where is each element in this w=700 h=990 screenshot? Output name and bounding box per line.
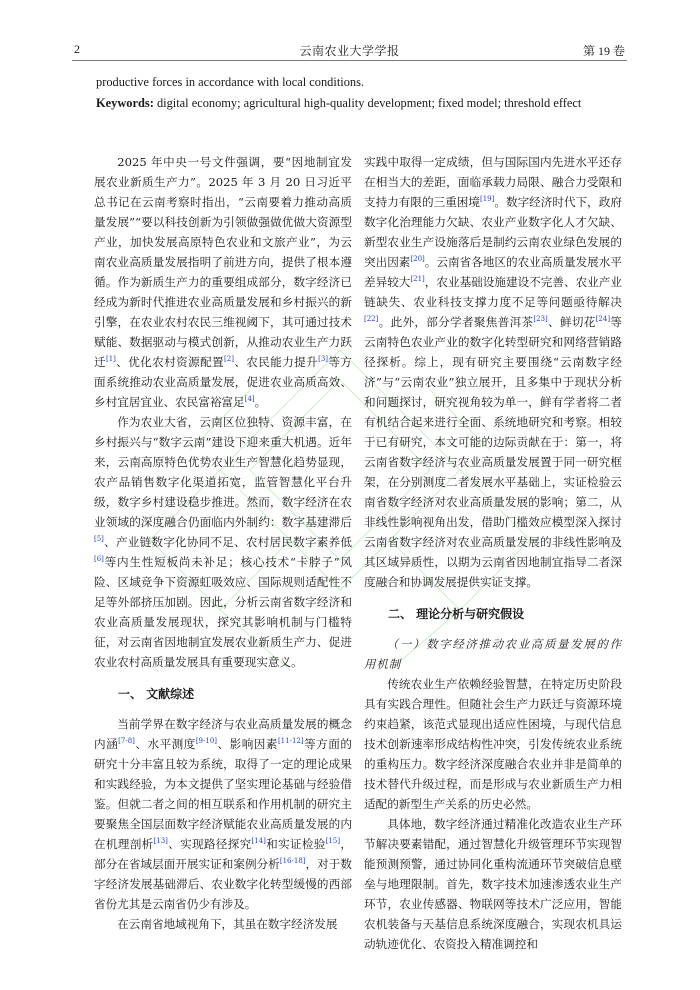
body-text: 和实证检验 <box>266 837 326 851</box>
citation-link[interactable]: [5] <box>94 535 104 543</box>
citation-link[interactable]: [3] <box>318 355 328 363</box>
body-text: 、产业链数字化协同不足、农村居民数字素养低 <box>104 535 352 549</box>
citation-link[interactable]: [7-8] <box>118 737 135 745</box>
citation-link[interactable]: [23] <box>533 315 547 323</box>
citation-link[interactable]: [14] <box>252 837 266 845</box>
citation-link[interactable]: [2] <box>224 355 234 363</box>
body-text: 、影响因素 <box>217 737 278 751</box>
body-text: 、农民能力提升 <box>234 355 318 369</box>
body-text: 等云南特色农业产业的数字化转型研究和网络营销路径探析。综上，现有研究主要围绕“云… <box>364 315 622 589</box>
body-text: 等内生性短板尚未补足；核心技术“卡脖子”风险、区域竞争下资源虹吸效应、国际规则适… <box>94 555 352 669</box>
section-heading-literature-review: 一、 文献综述 <box>94 684 352 704</box>
theory-paragraph-1: 传统农业生产依赖经验智慧，在特定历史阶段具有实践合理性。但随社会生产力跃迁与资源… <box>364 674 622 814</box>
citation-link[interactable]: [22] <box>364 315 378 323</box>
body-text: 、水平测度 <box>135 737 196 751</box>
body-text: 。此外，部分学者聚焦普洱茶 <box>378 315 533 329</box>
citation-link[interactable]: [19] <box>480 195 494 203</box>
literature-paragraph-2-start: 在云南省地域视角下，其虽在数字经济发展 <box>94 914 352 934</box>
citation-link[interactable]: [15] <box>326 837 340 845</box>
section-heading-theory: 二、 理论分析与研究假设 <box>364 604 622 624</box>
intro-paragraph-2: 作为农业大省，云南区位独特、资源丰富，在乡村振兴与“数字云南”建设下迎来重大机遇… <box>94 412 352 672</box>
body-text: 、优化农村资源配置 <box>116 355 224 369</box>
citation-link[interactable]: [1] <box>106 355 116 363</box>
body-text: 、鲜切花 <box>548 315 596 329</box>
citation-link[interactable]: [9-10] <box>196 737 217 745</box>
body-text: 作为农业大省，云南区位独特、资源丰富，在乡村振兴与“数字云南”建设下迎来重大机遇… <box>94 415 352 529</box>
header-rule <box>72 60 627 61</box>
citation-link[interactable]: [16-18] <box>280 857 306 865</box>
left-column: 2025 年中央一号文件强调，要“因地制宜发展农业新质生产力”。2025 年 3… <box>94 152 352 934</box>
right-column: 实践中取得一定成绩，但与国际国内先进水平还存在相当大的差距，面临承载力局限、融合… <box>364 152 622 954</box>
citation-link[interactable]: [24] <box>596 315 610 323</box>
literature-paragraph-1: 当前学界在数字经济与农业高质量发展的概念内涵[7-8]、水平测度[9-10]、影… <box>94 714 352 914</box>
citation-link[interactable]: [6] <box>94 555 104 563</box>
body-text: 2025 年中央一号文件强调，要“因地制宜发展农业新质生产力”。2025 年 3… <box>94 155 352 369</box>
literature-paragraph-2-continued: 实践中取得一定成绩，但与国际国内先进水平还存在相当大的差距，面临承载力局限、融合… <box>364 152 622 592</box>
body-text: 等方面的研究十分丰富且较为系统，取得了一定的理论成果和实践经验，为本文提供了坚实… <box>94 737 352 851</box>
citation-link[interactable]: [21] <box>410 275 424 283</box>
body-text: 、实现路径探究 <box>168 837 252 851</box>
abstract-tail-line: productive forces in accordance with loc… <box>96 75 364 90</box>
journal-title: 云南农业大学学报 <box>72 42 627 59</box>
body-text: 。 <box>255 395 267 409</box>
theory-paragraph-2: 具体地，数字经济通过精准化改造农业生产环节解决要素错配，通过智慧化升级管理环节实… <box>364 814 622 954</box>
keywords-line: Keywords: digital economy; agricultural … <box>96 96 581 111</box>
intro-paragraph-1: 2025 年中央一号文件强调，要“因地制宜发展农业新质生产力”。2025 年 3… <box>94 152 352 412</box>
citation-link[interactable]: [4] <box>245 395 255 403</box>
citation-link[interactable]: [13] <box>154 837 168 845</box>
volume-label: 第 19 卷 <box>583 42 625 59</box>
subsection-heading-mechanism: （一）数字经济推动农业高质量发展的作用机制 <box>364 634 622 674</box>
keywords-label: Keywords: <box>96 96 154 110</box>
running-header: 2 云南农业大学学报 第 19 卷 <box>72 40 627 60</box>
keywords-text: digital economy; agricultural high-quali… <box>157 96 581 110</box>
citation-link[interactable]: [20] <box>410 255 424 263</box>
citation-link[interactable]: [11-12] <box>278 737 304 745</box>
